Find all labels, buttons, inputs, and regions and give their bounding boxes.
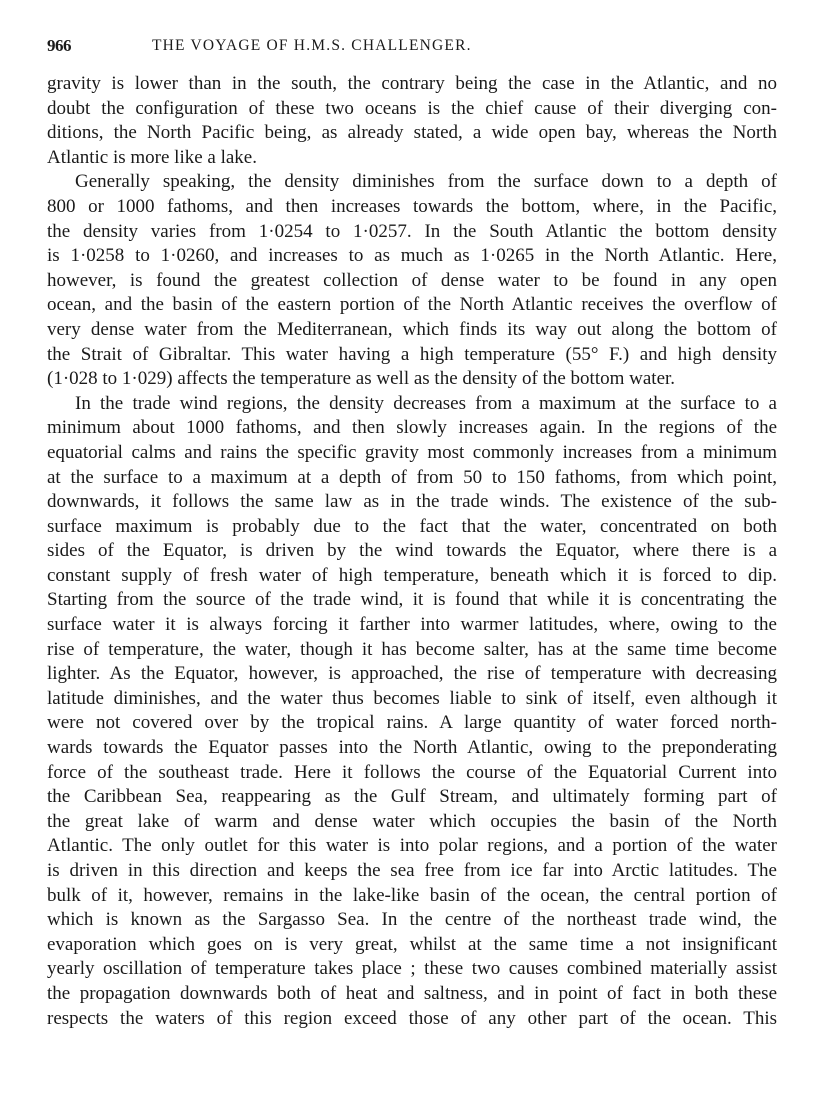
text-line: respects the waters of this region excee… [47, 1007, 777, 1032]
text-line: the density varies from 1·0254 to 1·0257… [47, 220, 777, 245]
text-line: the Caribbean Sea, reappearing as the Gu… [47, 785, 777, 810]
text-line: Atlantic is more like a lake. [47, 146, 777, 171]
text-line: the Strait of Gibraltar. This water havi… [47, 343, 777, 368]
text-line: ditions, the North Pacific being, as alr… [47, 121, 777, 146]
paragraph: gravity is lower than in the south, the … [47, 72, 777, 170]
text-line: Generally speaking, the density diminish… [47, 170, 777, 195]
text-line: equatorial calms and rains the specific … [47, 441, 777, 466]
page-number: 966 [47, 34, 71, 58]
text-line: very dense water from the Mediterranean,… [47, 318, 777, 343]
text-line: lighter. As the Equator, however, is app… [47, 662, 777, 687]
text-line: surface maximum is probably due to the f… [47, 515, 777, 540]
text-line: ocean, and the basin of the eastern port… [47, 293, 777, 318]
text-line: which is known as the Sargasso Sea. In t… [47, 908, 777, 933]
text-line: the great lake of warm and dense water w… [47, 810, 777, 835]
text-line: minimum about 1000 fathoms, and then slo… [47, 416, 777, 441]
text-line: is driven in this direction and keeps th… [47, 859, 777, 884]
text-line: bulk of it, however, remains in the lake… [47, 884, 777, 909]
text-line: Atlantic. The only outlet for this water… [47, 834, 777, 859]
text-line: sides of the Equator, is driven by the w… [47, 539, 777, 564]
text-line: surface water it is always forcing it fa… [47, 613, 777, 638]
text-line: the propagation downwards both of heat a… [47, 982, 777, 1007]
text-line: In the trade wind regions, the density d… [47, 392, 777, 417]
text-line: wards towards the Equator passes into th… [47, 736, 777, 761]
text-line: Starting from the source of the trade wi… [47, 588, 777, 613]
paragraph: Generally speaking, the density diminish… [47, 170, 777, 391]
text-line: gravity is lower than in the south, the … [47, 72, 777, 97]
text-line: downwards, it follows the same law as in… [47, 490, 777, 515]
running-title: THE VOYAGE OF H.M.S. CHALLENGER. [152, 34, 472, 58]
text-line: latitude diminishes, and the water thus … [47, 687, 777, 712]
text-line: at the surface to a maximum at a depth o… [47, 466, 777, 491]
text-line: constant supply of fresh water of high t… [47, 564, 777, 589]
text-line: force of the southeast trade. Here it fo… [47, 761, 777, 786]
paragraph: In the trade wind regions, the density d… [47, 392, 777, 1031]
running-head: 966 THE VOYAGE OF H.M.S. CHALLENGER. [47, 34, 777, 58]
text-line: doubt the configuration of these two oce… [47, 97, 777, 122]
text-line: rise of temperature, the water, though i… [47, 638, 777, 663]
text-line: 800 or 1000 fathoms, and then increases … [47, 195, 777, 220]
text-line: evaporation which goes on is very great,… [47, 933, 777, 958]
text-line: is 1·0258 to 1·0260, and increases to as… [47, 244, 777, 269]
book-page: 966 THE VOYAGE OF H.M.S. CHALLENGER. gra… [47, 34, 777, 1031]
text-line: however, is found the greatest collectio… [47, 269, 777, 294]
body-text: gravity is lower than in the south, the … [47, 72, 777, 1031]
text-line: yearly oscillation of temperature takes … [47, 957, 777, 982]
text-line: were not covered over by the tropical ra… [47, 711, 777, 736]
text-line: (1·028 to 1·029) affects the temperature… [47, 367, 777, 392]
